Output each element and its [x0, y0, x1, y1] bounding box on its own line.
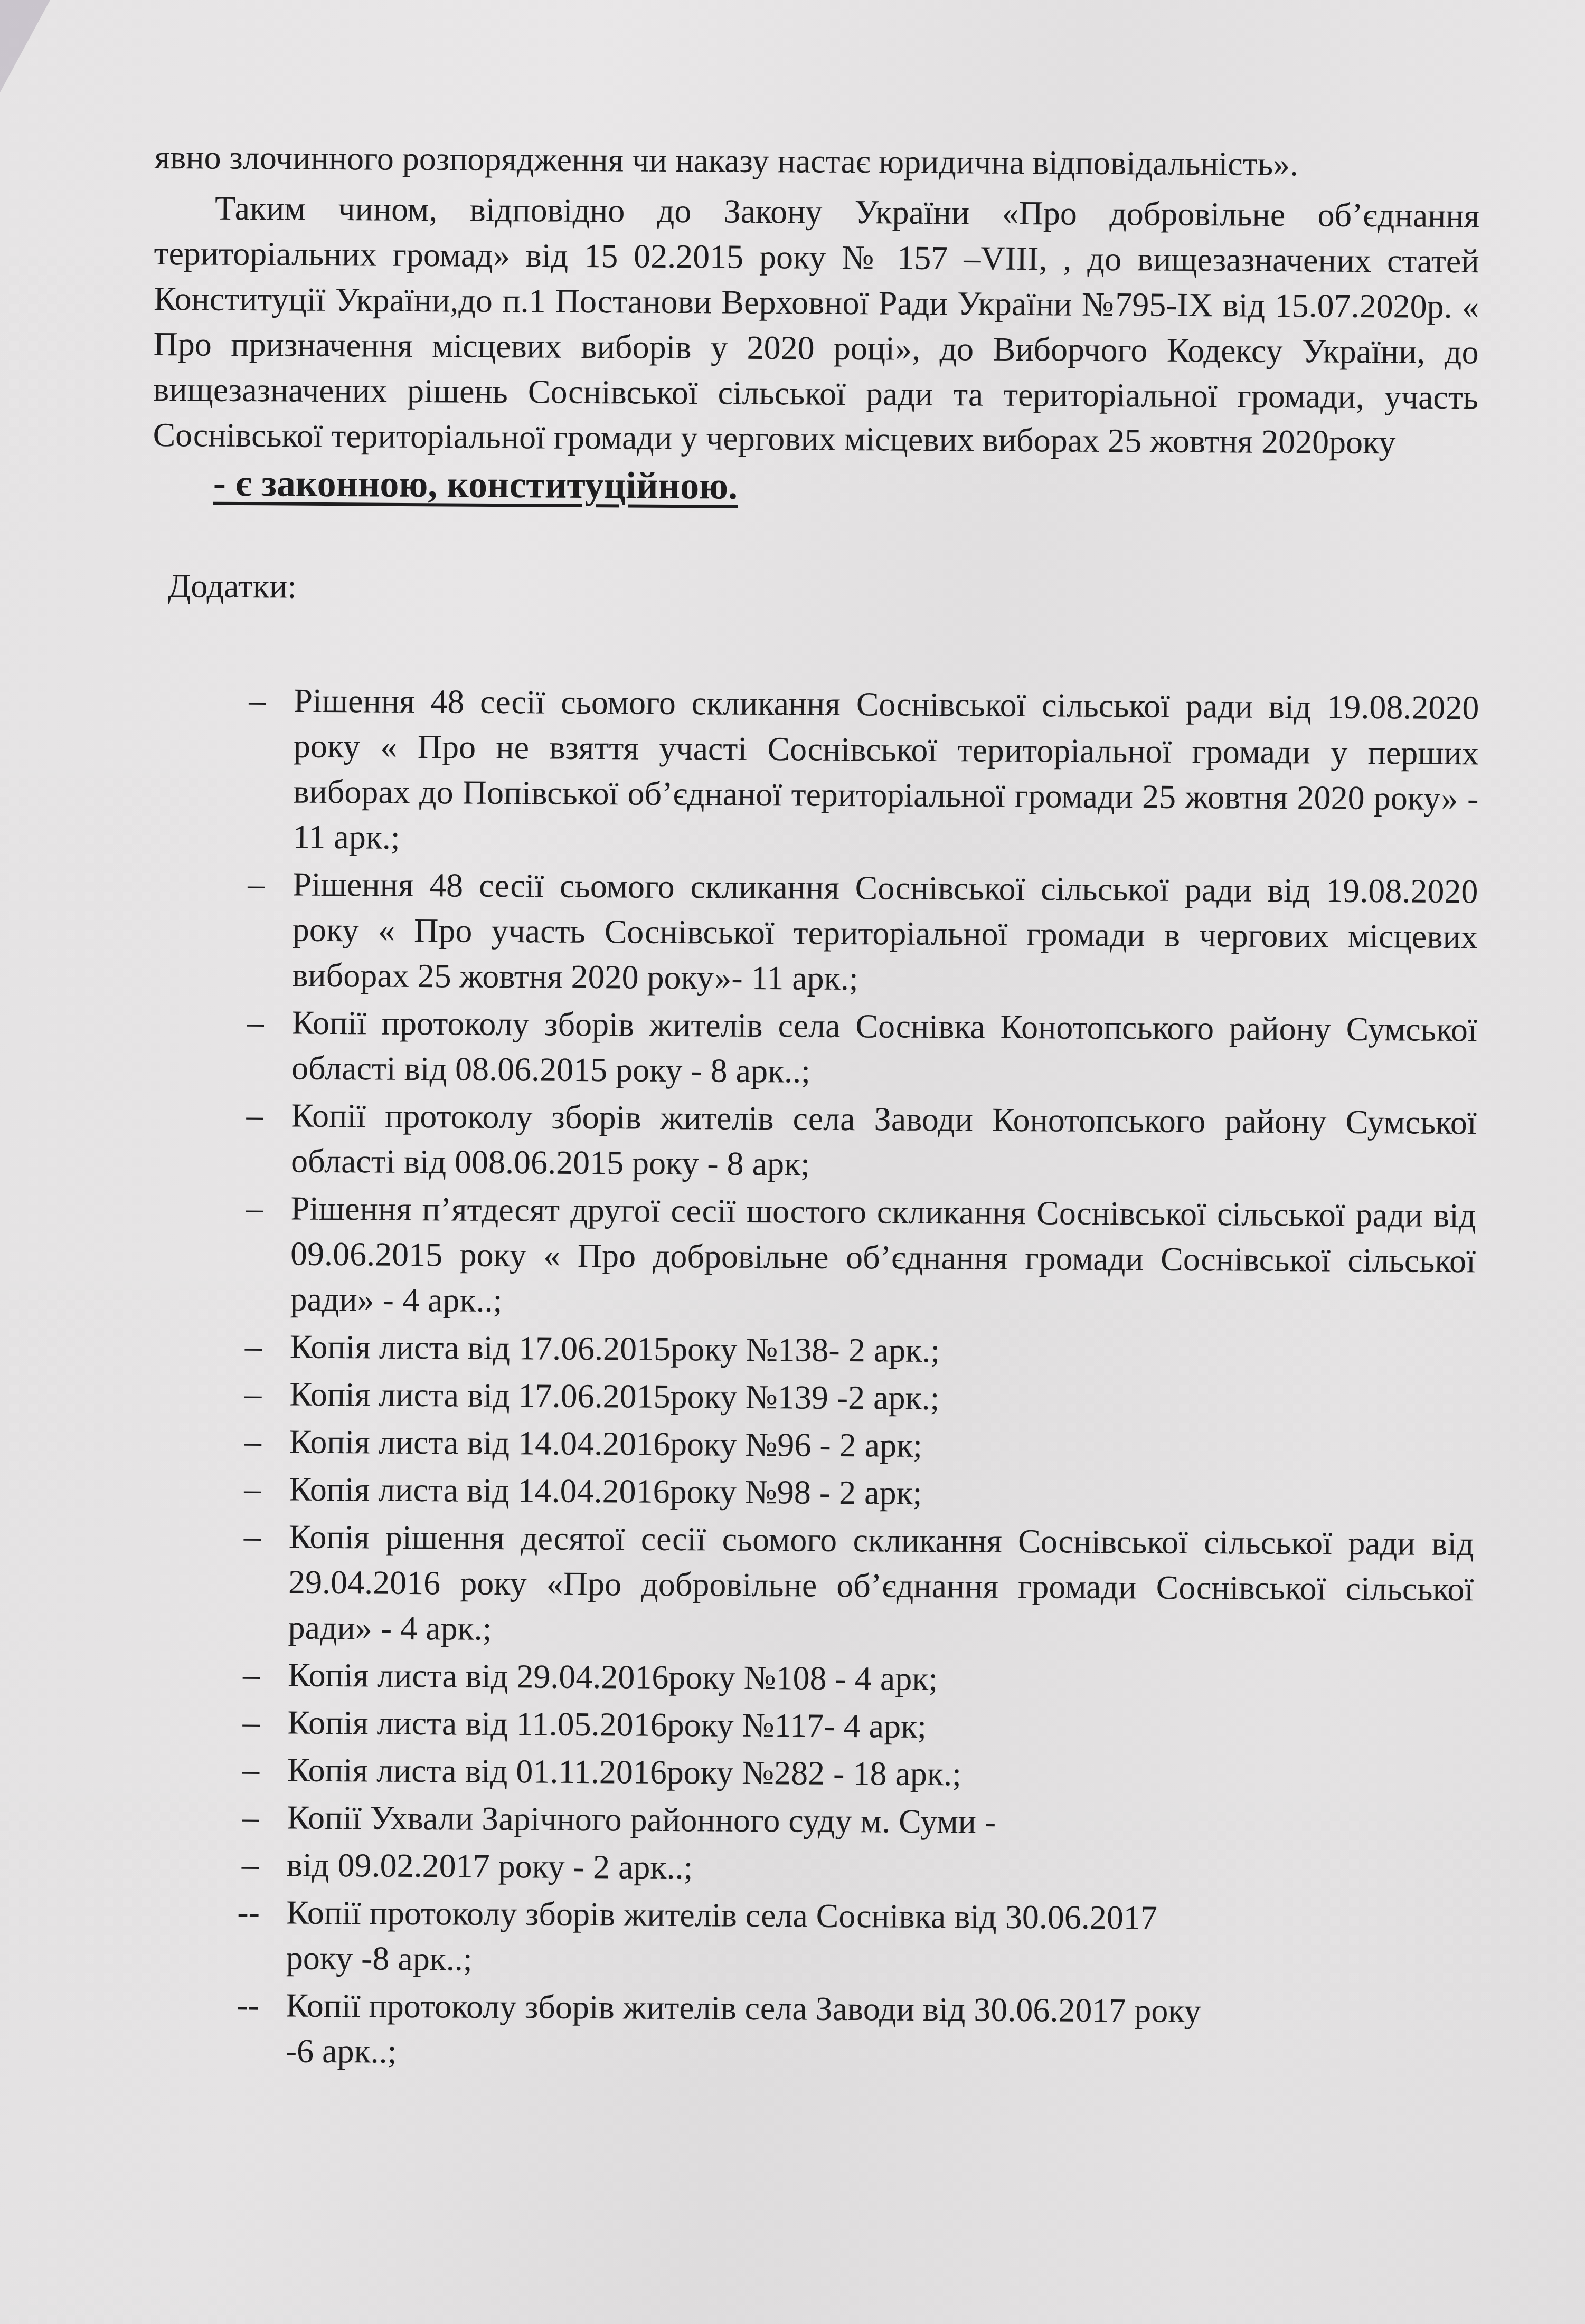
list-dash-marker: – [246, 1093, 286, 1138]
attachment-item: –Копія рішення десятої сесії сьомого скл… [243, 1514, 1474, 1657]
attachment-item: –Копія листа від 11.05.2016року №117- 4 … [242, 1700, 1473, 1752]
attachment-text: Копії Ухвали Зарічного районного суду м.… [287, 1799, 996, 1841]
attachment-text: Рішення 48 сесії сьомого скликання Сосні… [292, 866, 1478, 998]
attachment-item: –Копія листа від 17.06.2015року №138- 2 … [245, 1324, 1475, 1377]
attachment-item: –Копії протоколу зборів жителів села Сос… [247, 1000, 1477, 1098]
attachment-text: Копія листа від 17.06.2015року №138- 2 а… [290, 1328, 940, 1370]
list-dash-marker: – [242, 1795, 282, 1840]
continuation-paragraph: явно злочинного розпорядження чи наказу … [154, 135, 1479, 188]
attachment-text: Копії протоколу зборів жителів села Заво… [291, 1097, 1477, 1183]
list-dash-marker: – [246, 1185, 286, 1231]
list-dash-marker: – [248, 861, 288, 907]
attachment-text: Копія листа від 01.11.2016року №282 - 18… [287, 1751, 961, 1793]
attachment-item: --Копії протоколу зборів жителів села За… [241, 1982, 1226, 2079]
attachment-item: –Копія листа від 17.06.2015року №139 -2 … [244, 1371, 1475, 1424]
attachment-item: –від 09.02.2017 року - 2 арк..; [242, 1842, 1472, 1895]
attachment-item: –Рішення 48 сесії сьомого скликання Сосн… [248, 678, 1479, 867]
attachment-item: –Копії Ухвали Зарічного районного суду м… [242, 1795, 1472, 1847]
attachment-item: –Рішення п’ятдесят другої сесії шостого … [245, 1185, 1476, 1329]
list-dash-marker: – [249, 678, 289, 723]
attachment-item: –Копія листа від 29.04.2016року №108 - 4… [243, 1652, 1473, 1705]
attachment-text: Копія листа від 29.04.2016року №108 - 4 … [288, 1656, 938, 1698]
list-dash-marker: – [242, 1842, 282, 1887]
attachment-item: –Копія листа від 01.11.2016року №282 - 1… [242, 1747, 1473, 1800]
attachment-text: Копія листа від 11.05.2016року №117- 4 а… [287, 1704, 927, 1745]
list-dash-marker: – [244, 1371, 285, 1417]
conclusion-paragraph: Таким чином, відповідно до Закону Україн… [153, 185, 1480, 513]
attachment-text: Копія листа від 17.06.2015року №139 -2 а… [289, 1376, 940, 1417]
list-dash-marker: -- [237, 1982, 277, 2028]
attachment-text: Копії протоколу зборів жителів села Сосн… [291, 1004, 1477, 1090]
attachment-text: Копії протоколу зборів жителів села Заво… [286, 1987, 1201, 2070]
list-dash-marker: – [244, 1419, 285, 1464]
list-dash-marker: – [242, 1747, 282, 1792]
attachment-item: –Копія листа від 14.04.2016року №98 - 2 … [244, 1466, 1474, 1519]
list-dash-marker: – [244, 1466, 284, 1512]
conclusion-emphasis: - є законною, конституційною. [153, 460, 1478, 513]
attachment-text: Копії протоколу зборів жителів села Сосн… [286, 1894, 1157, 1978]
list-dash-marker: – [243, 1652, 283, 1697]
conclusion-text: Таким чином, відповідно до Закону Україн… [153, 189, 1479, 461]
document-page: явно злочинного розпорядження чи наказу … [0, 0, 1585, 2324]
attachments-list: –Рішення 48 сесії сьомого скликання Сосн… [241, 678, 1479, 2081]
attachment-text: Копія листа від 14.04.2016року №98 - 2 а… [289, 1471, 922, 1512]
attachment-text: Копія листа від 14.04.2016року №96 - 2 а… [289, 1423, 923, 1464]
attachment-item: –Копія листа від 14.04.2016року №96 - 2 … [244, 1419, 1475, 1472]
list-dash-marker: – [245, 1324, 285, 1369]
list-dash-marker: -- [237, 1890, 277, 1935]
list-dash-marker: – [244, 1514, 284, 1559]
attachment-text: від 09.02.2017 року - 2 арк..; [287, 1846, 693, 1886]
list-dash-marker: – [247, 1000, 287, 1045]
attachment-item: –Копії протоколу зборів жителів села Зав… [246, 1093, 1477, 1191]
attachments-heading: Додатки: [152, 563, 1477, 616]
attachment-text: Рішення 48 сесії сьомого скликання Сосні… [293, 682, 1479, 856]
attachment-item: –Рішення 48 сесії сьомого скликання Сосн… [247, 861, 1478, 1005]
list-dash-marker: – [242, 1700, 282, 1745]
attachment-item: --Копії протоколу зборів жителів села Со… [241, 1890, 1227, 1986]
attachment-text: Копія рішення десятої сесії сьомого скли… [288, 1518, 1474, 1647]
document-content: явно злочинного розпорядження чи наказу … [143, 135, 1480, 2083]
attachment-text: Рішення п’ятдесят другої сесії шостого с… [290, 1190, 1476, 1319]
